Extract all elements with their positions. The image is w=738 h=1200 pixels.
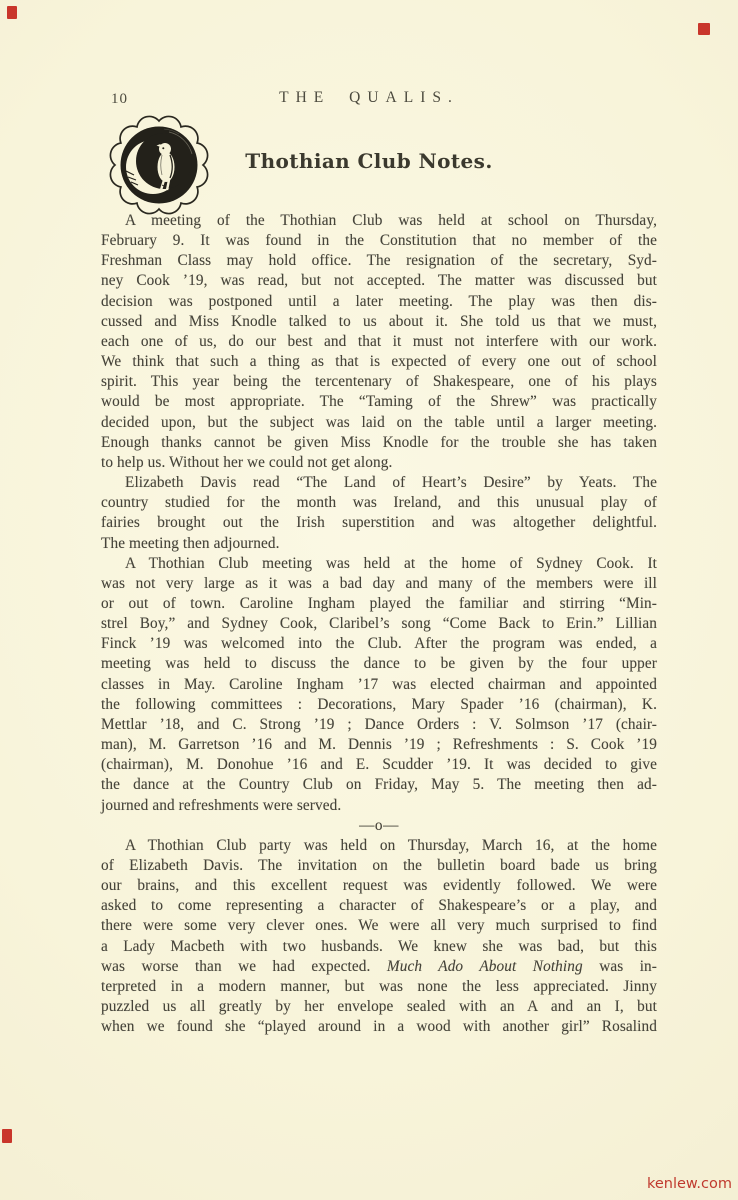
text-line: a Lady Macbeth with two husbands. We kne…	[101, 937, 657, 957]
text-line: A meeting of the Thothian Club was held …	[101, 211, 657, 231]
text-line: Mettlar ’18, and C. Strong ’19 ; Dance O…	[101, 715, 657, 735]
text-line: of Elizabeth Davis. The invitation on th…	[101, 856, 657, 876]
text-line: The meeting then adjourned.	[101, 534, 657, 554]
text-line: (chairman), M. Donohue ’16 and E. Scudde…	[101, 755, 657, 775]
scanned-page: 10 THE QUALIS. Thothian Club Notes. A me…	[0, 0, 738, 1200]
article-title: Thothian Club Notes.	[0, 149, 738, 173]
paragraph: A meeting of the Thothian Club was held …	[101, 211, 657, 473]
red-registration-mark-top-right	[698, 23, 710, 35]
paragraph: Elizabeth Davis read “The Land of Heart’…	[101, 473, 657, 554]
text-line: Freshman Class may hold office. The resi…	[101, 251, 657, 271]
watermark: kenlew.com	[647, 1176, 732, 1192]
text-line: would be most appropriate. The “Taming o…	[101, 392, 657, 412]
text-line: Enough thanks cannot be given Miss Knodl…	[101, 433, 657, 453]
article-body: A meeting of the Thothian Club was held …	[101, 211, 657, 1037]
text-line: each one of us, do our best and that it …	[101, 332, 657, 352]
text-line: country studied for the month was Irelan…	[101, 493, 657, 513]
text-line: A Thothian Club party was held on Thursd…	[101, 836, 657, 856]
text-line: man), M. Garretson ’16 and M. Dennis ’19…	[101, 735, 657, 755]
paragraph: A Thothian Club meeting was held at the …	[101, 554, 657, 816]
text-line: journed and refreshments were served.	[101, 796, 657, 816]
text-line: decision was postponed until a later mee…	[101, 292, 657, 312]
text-line: cussed and Miss Knodle talked to us abou…	[101, 312, 657, 332]
text-line: was worse than we had expected. Much Ado…	[101, 957, 657, 977]
journal-title: THE QUALIS.	[0, 89, 738, 107]
text-line: the dance at the Country Club on Friday,…	[101, 775, 657, 795]
text-line: the following committees : Decorations, …	[101, 695, 657, 715]
paragraph: A Thothian Club party was held on Thursd…	[101, 836, 657, 1038]
text-line: or out of town. Caroline Ingham played t…	[101, 594, 657, 614]
text-line: asked to come representing a character o…	[101, 896, 657, 916]
text-line: spirit. This year being the tercentenary…	[101, 372, 657, 392]
text-line: strel Boy,” and Sydney Cook, Claribel’s …	[101, 614, 657, 634]
text-line: classes in May. Caroline Ingham ’17 was …	[101, 675, 657, 695]
text-line: terpreted in a modern manner, but was no…	[101, 977, 657, 997]
text-line: decided upon, but the subject was laid o…	[101, 413, 657, 433]
red-registration-mark-top-left	[7, 6, 17, 19]
text-line: our brains, and this excellent request w…	[101, 876, 657, 896]
text-line: meeting was held to discuss the dance to…	[101, 654, 657, 674]
text-line: A Thothian Club meeting was held at the …	[101, 554, 657, 574]
text-line: February 9. It was found in the Constitu…	[101, 231, 657, 251]
text-line: when we found she “played around in a wo…	[101, 1017, 657, 1037]
text-line: there were some very clever ones. We wer…	[101, 916, 657, 936]
text-line: was not very large as it was a bad day a…	[101, 574, 657, 594]
text-line: puzzled us all greatly by her envelope s…	[101, 997, 657, 1017]
section-separator: —o—	[101, 816, 657, 836]
text-line: Finck ’19 was welcomed into the Club. Af…	[101, 634, 657, 654]
red-registration-mark-bottom-left	[2, 1129, 12, 1143]
text-line: Elizabeth Davis read “The Land of Heart’…	[101, 473, 657, 493]
text-line: fairies brought out the Irish superstiti…	[101, 513, 657, 533]
text-line: to help us. Without her we could not get…	[101, 453, 657, 473]
text-line: We think that such a thing as that is ex…	[101, 352, 657, 372]
text-line: ney Cook ’19, was read, but not accepted…	[101, 271, 657, 291]
